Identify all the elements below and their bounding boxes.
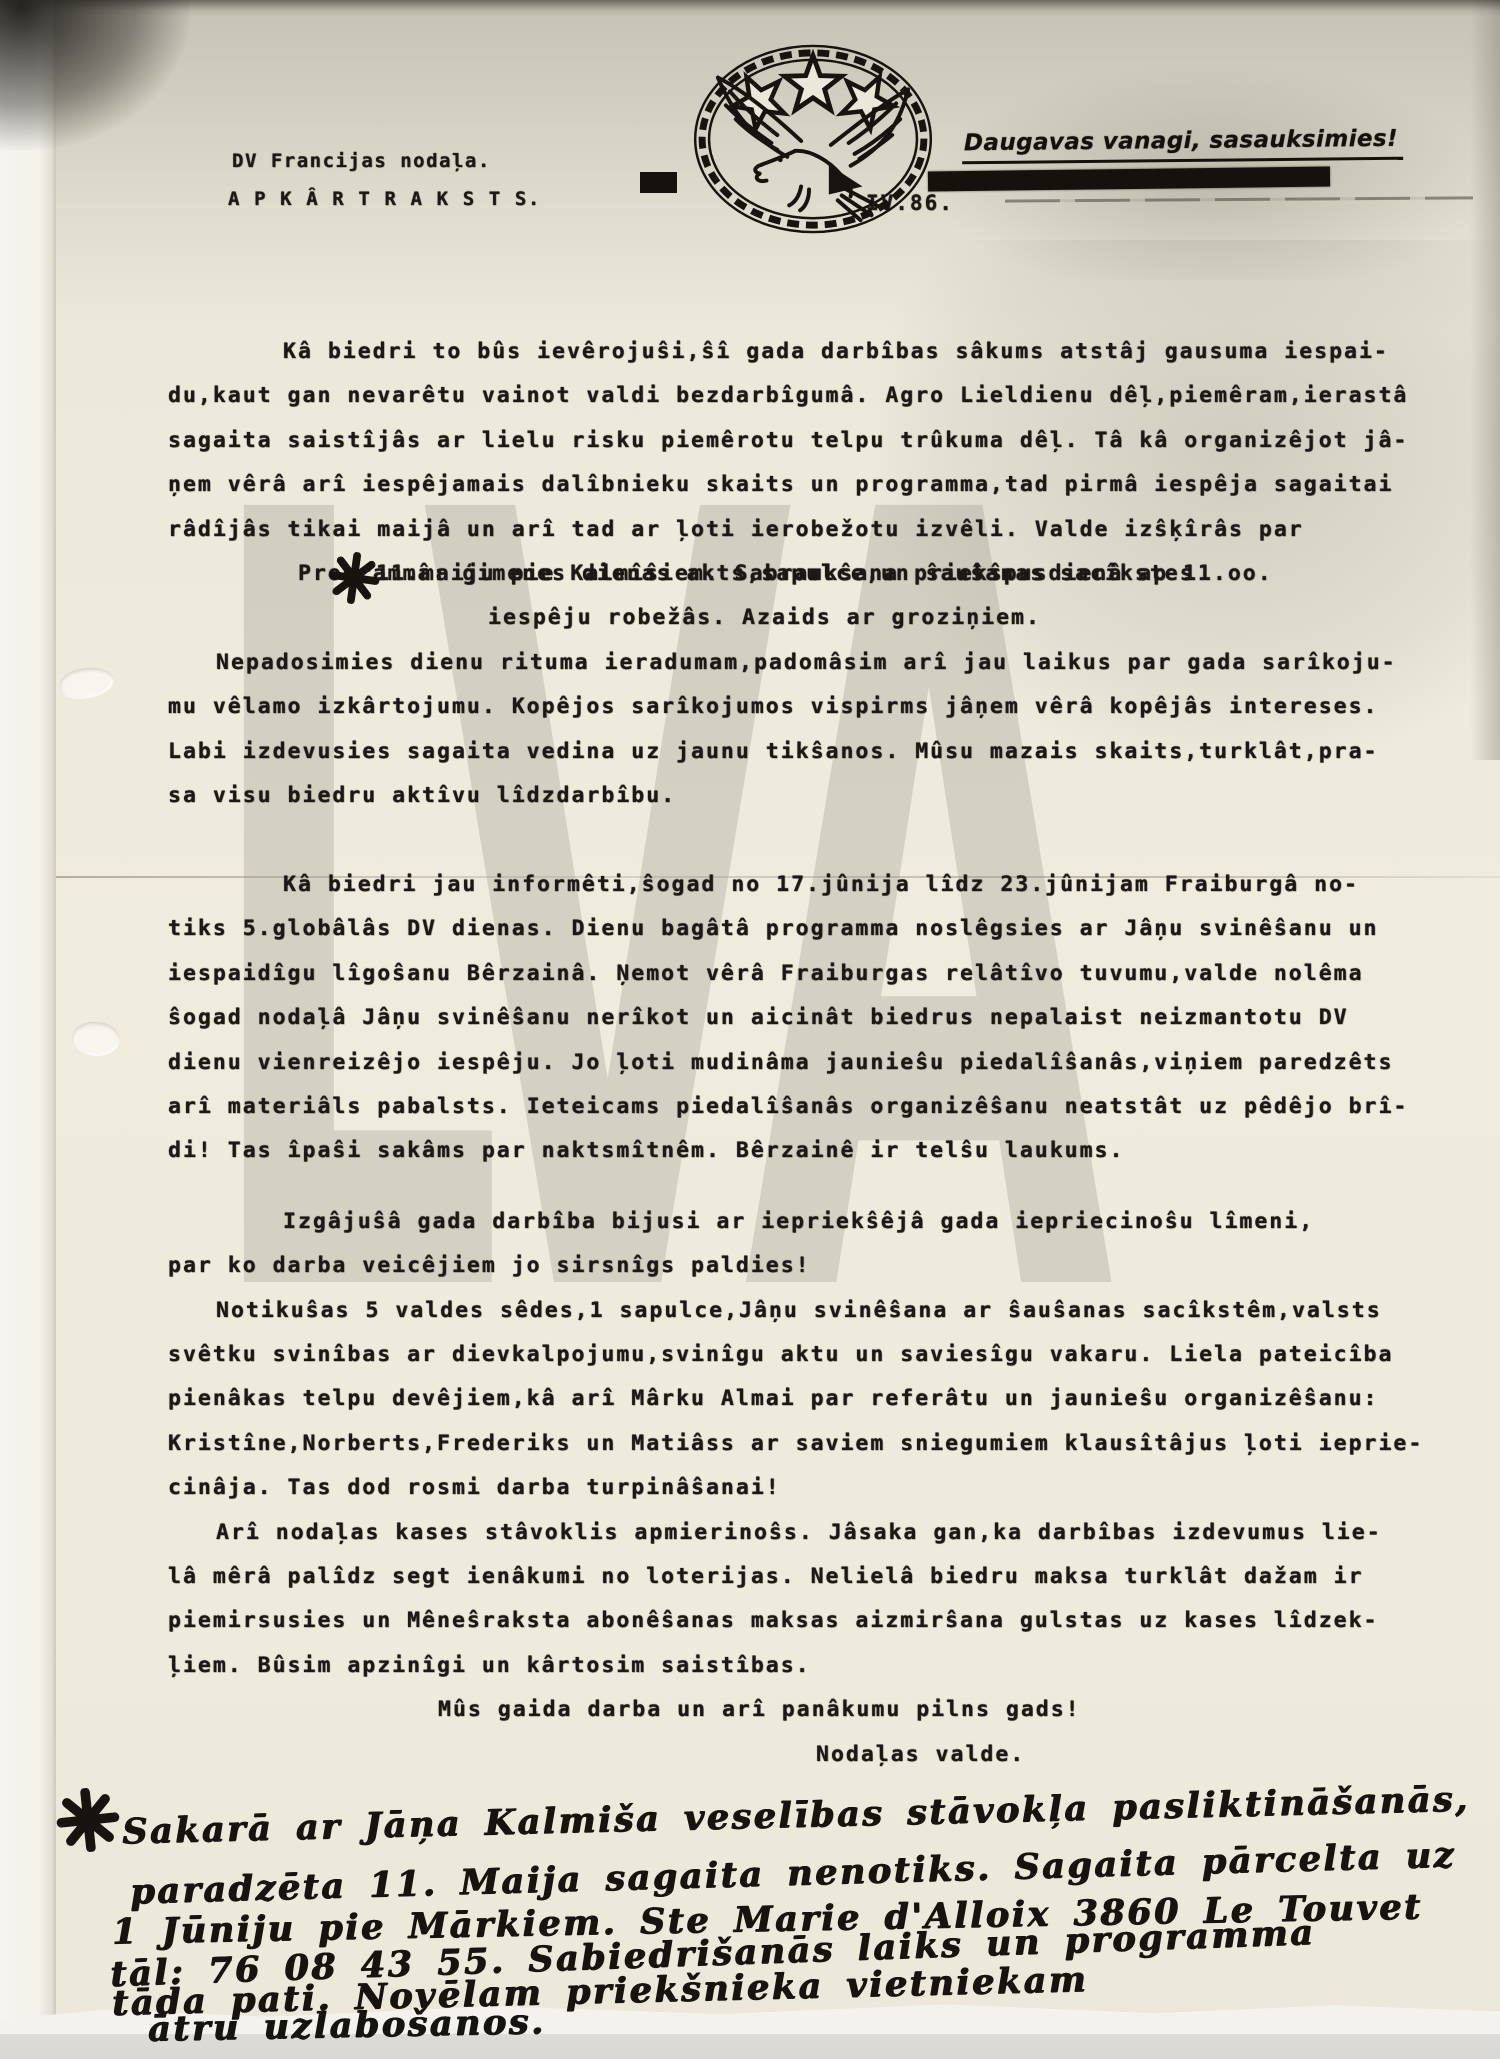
punch-hole: [70, 1020, 121, 1059]
typed-line: Notikuŝas 5 valdes sêdes,1 sapulce,Jâņu …: [168, 1289, 1444, 1333]
typed-line: di! Tas îpaŝi sakâms par naktsmîtnêm. Bê…: [168, 1129, 1444, 1173]
typed-line: [168, 1174, 1444, 1200]
eagle-wing-fill: [829, 165, 863, 195]
typed-line: Kâ biedri jau informêti,ŝogad no 17.jûni…: [168, 863, 1444, 907]
typed-line: Kâ biedri to bûs ievêrojuŝi,ŝî gada darb…: [168, 330, 1444, 374]
eagle-eye: [778, 157, 783, 162]
handwritten-line: ātru uzlabošanos.: [148, 2004, 546, 2047]
typed-line: iespaidîgu lîgoŝanu Bêrzainâ. Ņemot vêrâ…: [168, 952, 1444, 996]
typed-line: sa visu biedru aktîvu lîdzdarbîbu.: [168, 774, 1444, 818]
typed-line: piemirsusies un Mêneŝraksta abonêŝanas m…: [168, 1599, 1444, 1643]
scan-corner-shadow: [0, 0, 190, 150]
typed-line: Mûs gaida darba un arî panâkumu pilns ga…: [168, 1688, 1444, 1732]
scan-top-edge: [0, 0, 1500, 16]
typed-line: Nodaļas valde.: [168, 1733, 1444, 1777]
typed-line: râdîjâs tikai maijâ un arî tad ar ļoti i…: [168, 508, 1444, 552]
typed-line: Arî nodaļas kases stâvoklis apmierinoŝs.…: [168, 1511, 1444, 1555]
paper-sheet: LVA DV Francijas nodaļa. A P K Â R T R A…: [0, 0, 1500, 2059]
typed-line: Izgâjuŝâ gada darbîba bijusi ar iepriekŝ…: [168, 1200, 1444, 1244]
typed-line: dienu vienreizêjo iespêju. Jo ļoti mudin…: [168, 1041, 1444, 1085]
typed-line: sagaita saistîjâs ar lielu risku piemêro…: [168, 419, 1444, 463]
newsletter-title: A P K Â R T R A K S T S.: [228, 190, 541, 209]
punch-hole: [58, 664, 116, 703]
handdrawn-asterisk-icon: [325, 549, 384, 608]
typed-line: ŝogad nodaļâ Jâņu svinêŝanu nerîkot un a…: [168, 996, 1444, 1040]
typed-line: du,kaut gan nevarêtu vainot valdi bezdar…: [168, 374, 1444, 418]
scan-right-edge: [1470, 0, 1500, 760]
daugavas-vanagi-emblem-icon: [682, 40, 944, 238]
org-name: DV Francijas nodaļa.: [232, 152, 491, 171]
handdrawn-asterisk-icon: [53, 1785, 123, 1855]
typed-line: mu vêlamo izkârtojumu. Kopêjos sarîkojum…: [168, 685, 1444, 729]
typed-line: par ko darba veicêjiem jo sirsnîgs paldi…: [168, 1244, 1444, 1288]
typed-line: lâ mêrâ palîdz segt ienâkumi no loterija…: [168, 1555, 1444, 1599]
typed-line: svêtku svinîbas ar dievkalpojumu,svinîgu…: [168, 1333, 1444, 1377]
typed-line: Kristîne,Norberts,Frederiks un Matiâss a…: [168, 1422, 1444, 1466]
scanned-newsletter-page: { "document": { "header": { "org": "DV F…: [0, 0, 1500, 2059]
typed-line: [168, 818, 1444, 862]
typed-line: ļiem. Bûsim apzinîgi un kârtosim saistîb…: [168, 1644, 1444, 1688]
typed-line: ņem vêrâ arî iespêjamais dalîbnieku skai…: [168, 463, 1444, 507]
typed-line: Labi izdevusies sagaita vedina uz jaunu …: [168, 730, 1444, 774]
typed-line: arî materiâls pabalsts. Ieteicams piedal…: [168, 1085, 1444, 1129]
typed-line: Nepadosimies dienu rituma ieradumam,pado…: [168, 641, 1444, 685]
slogan-text: Daugavas vanagi, sasauksimies!: [962, 126, 1403, 165]
scan-left-margin: [0, 0, 56, 2059]
left-black-bar: [640, 172, 677, 193]
typed-line: tiks 5.globâlâs DV dienas. Dienu bagâtâ …: [168, 907, 1444, 951]
typed-line: cinâja. Tas dod rosmi darba turpinâŝanai…: [168, 1466, 1444, 1510]
typed-body: Kâ biedri to bûs ievêrojuŝi,ŝî gada darb…: [168, 330, 1444, 1777]
typed-line: pienâkas telpu devêjiem,kâ arî Mârku Alm…: [168, 1377, 1444, 1421]
